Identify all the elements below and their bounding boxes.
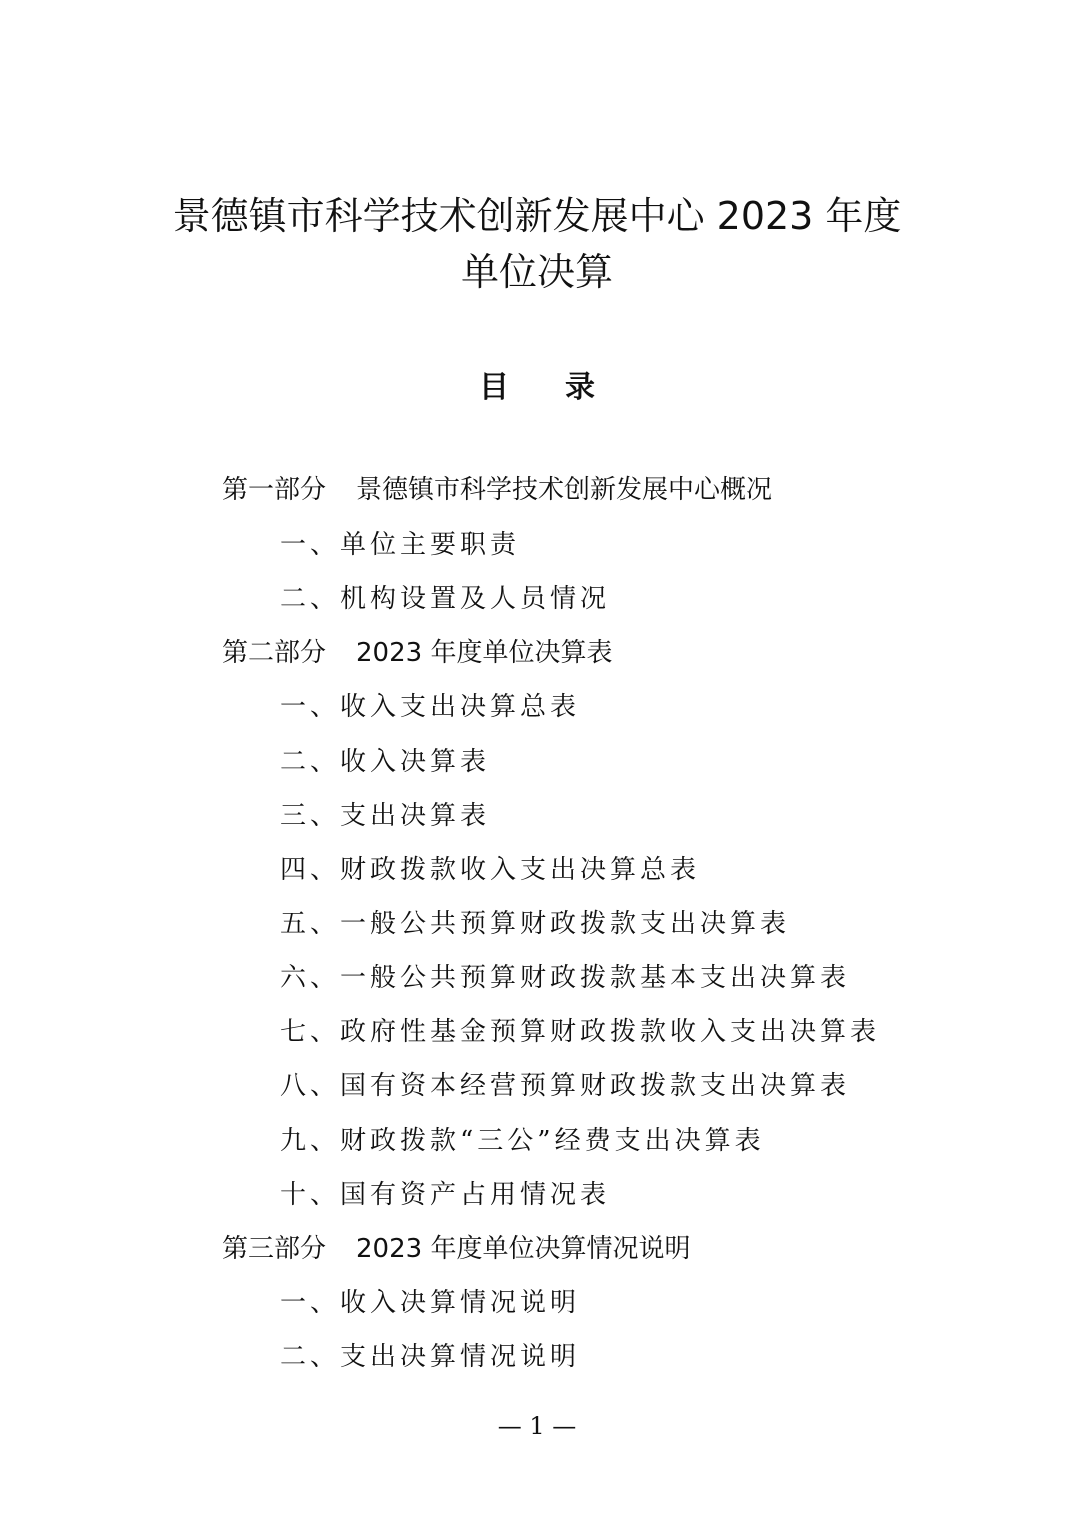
toc-item: 四、财政拨款收入支出决算总表 bbox=[280, 853, 700, 887]
toc-item: 二、收入决算表 bbox=[280, 745, 490, 779]
toc-heading: 目录 bbox=[0, 362, 1074, 406]
part-label: 第三部分 bbox=[222, 1234, 326, 1264]
toc-item: 一、收入决算情况说明 bbox=[280, 1286, 580, 1320]
page-number: — 1 — bbox=[0, 1412, 1074, 1440]
part-label: 第二部分 bbox=[222, 638, 326, 668]
document-title-line-2: 单位决算 bbox=[0, 248, 1074, 296]
toc-item: 七、政府性基金预算财政拨款收入支出决算表 bbox=[280, 1015, 880, 1049]
toc-part-1: 第一部分景德镇市科学技术创新发展中心概况 bbox=[222, 473, 772, 507]
toc-heading-right: 录 bbox=[565, 362, 595, 406]
toc-item: 三、支出决算表 bbox=[280, 799, 490, 833]
part-label: 第一部分 bbox=[222, 475, 326, 505]
toc-part-2: 第二部分2023 年度单位决算表 bbox=[222, 636, 612, 670]
toc-item: 一、单位主要职责 bbox=[280, 528, 520, 562]
part-title: 2023 年度单位决算表 bbox=[356, 638, 612, 668]
part-title: 2023 年度单位决算情况说明 bbox=[356, 1234, 690, 1264]
toc-item: 二、机构设置及人员情况 bbox=[280, 582, 610, 616]
toc-item: 十、国有资产占用情况表 bbox=[280, 1178, 610, 1212]
toc-part-3: 第三部分2023 年度单位决算情况说明 bbox=[222, 1232, 690, 1266]
toc-item: 一、收入支出决算总表 bbox=[280, 690, 580, 724]
toc-item: 八、国有资本经营预算财政拨款支出决算表 bbox=[280, 1069, 850, 1103]
toc-heading-left: 目 bbox=[479, 362, 509, 406]
toc-item: 九、财政拨款“三公”经费支出决算表 bbox=[280, 1124, 765, 1158]
toc-item: 二、支出决算情况说明 bbox=[280, 1340, 580, 1374]
toc-item: 五、一般公共预算财政拨款支出决算表 bbox=[280, 907, 790, 941]
toc-item: 六、一般公共预算财政拨款基本支出决算表 bbox=[280, 961, 850, 995]
document-title-line-1: 景德镇市科学技术创新发展中心 2023 年度 bbox=[0, 192, 1074, 240]
part-title: 景德镇市科学技术创新发展中心概况 bbox=[356, 475, 772, 505]
